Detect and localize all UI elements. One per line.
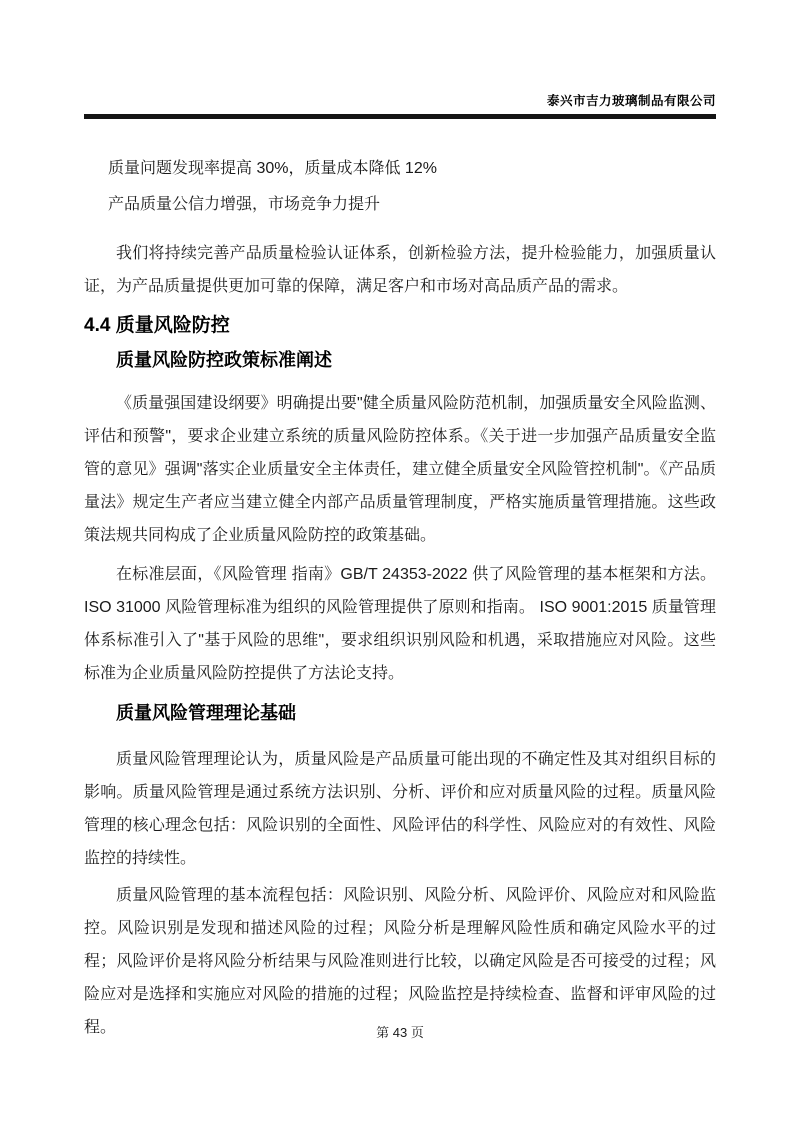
paragraph-standards: 在标准层面，《风险管理 指南》GB/T 24353-2022 供了风险管理的基本… <box>84 558 716 690</box>
metric-line-defect-detection: 质量问题发现率提高 30%，质量成本降低 12% <box>84 151 716 187</box>
paragraph-quality-certification: 我们将持续完善产品质量检验认证体系，创新检验方法，提升检验能力，加强质量认证，为… <box>84 237 716 303</box>
metric-line-credibility: 产品质量公信力增强，市场竞争力提升 <box>84 187 716 223</box>
section-heading-4-4: 4.4 质量风险防控 <box>84 312 716 340</box>
header-divider <box>84 114 716 119</box>
company-name: 泰兴市吉力玻璃制品有限公司 <box>84 93 716 110</box>
document-page: 泰兴市吉力玻璃制品有限公司 质量问题发现率提高 30%，质量成本降低 12% 产… <box>0 0 800 1131</box>
paragraph-theory-process: 质量风险管理的基本流程包括：风险识别、风险分析、风险评价、风险应对和风险监控。风… <box>84 879 716 1044</box>
paragraph-theory-concepts: 质量风险管理理论认为，质量风险是产品质量可能出现的不确定性及其对组织目标的影响。… <box>84 743 716 875</box>
page-header: 泰兴市吉力玻璃制品有限公司 <box>84 0 716 119</box>
result-lines: 质量问题发现率提高 30%，质量成本降低 12% 产品质量公信力增强，市场竞争力… <box>84 151 716 223</box>
subsection-heading-theory: 质量风险管理理论基础 <box>84 699 716 727</box>
document-body: 质量问题发现率提高 30%，质量成本降低 12% 产品质量公信力增强，市场竞争力… <box>84 151 716 1044</box>
paragraph-policy: 《质量强国建设纲要》明确提出要"健全质量风险防范机制，加强质量安全风险监测、评估… <box>84 387 716 552</box>
subsection-heading-policy: 质量风险防控政策标准阐述 <box>84 346 716 374</box>
page-number: 第 43 页 <box>0 1022 800 1041</box>
